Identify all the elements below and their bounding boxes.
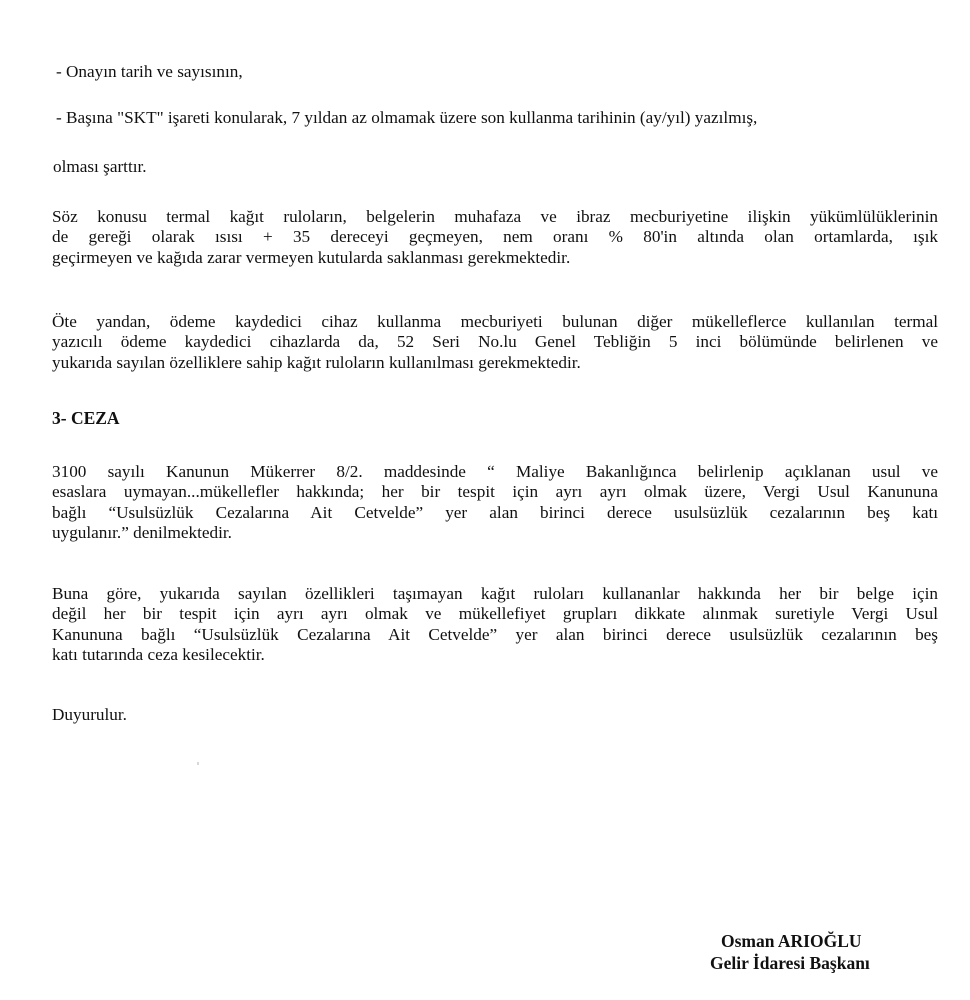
list-item-skt: - Başına "SKT" işareti konularak, 7 yıld… <box>56 108 757 128</box>
paragraph-line: geçirmeyen ve kağıda zarar vermeyen kutu… <box>52 248 938 268</box>
paragraph-line: Kanununa bağlı “Usulsüzlük Cezalarına Ai… <box>52 625 938 645</box>
paragraph-buna-gore: Buna göre, yukarıda sayılan özellikleri … <box>52 584 938 665</box>
scan-speck <box>197 762 199 765</box>
paragraph-line: değil her bir tespit için ayrı ayrı olma… <box>52 604 938 624</box>
closing-text: Duyurulur. <box>52 705 127 725</box>
paragraph-line: Söz konusu termal kağıt ruloların, belge… <box>52 207 938 227</box>
paragraph-line: katı tutarında ceza kesilecektir. <box>52 645 938 665</box>
list-item-sart: olması şarttır. <box>53 157 147 177</box>
paragraph-diger: Öte yandan, ödeme kaydedici cihaz kullan… <box>52 312 938 373</box>
paragraph-line: yazıcılı ödeme kaydedici cihazlarda da, … <box>52 332 938 352</box>
signature-name: Osman ARIOĞLU <box>721 930 862 952</box>
paragraph-line: bağlı “Usulsüzlük Cezalarına Ait Cetveld… <box>52 503 938 523</box>
paragraph-line: yukarıda sayılan özelliklere sahip kağıt… <box>52 353 938 373</box>
paragraph-kanun: 3100 sayılı Kanunun Mükerrer 8/2. maddes… <box>52 462 938 543</box>
paragraph-line: Buna göre, yukarıda sayılan özellikleri … <box>52 584 938 604</box>
section-heading-ceza: 3- CEZA <box>52 408 120 429</box>
paragraph-line: esaslara uymayan...mükellefler hakkında;… <box>52 482 938 502</box>
paragraph-line: de gereği olarak ısısı + 35 dereceyi geç… <box>52 227 938 247</box>
paragraph-line: Öte yandan, ödeme kaydedici cihaz kullan… <box>52 312 938 332</box>
paragraph-saklama: Söz konusu termal kağıt ruloların, belge… <box>52 207 938 268</box>
signature-title: Gelir İdaresi Başkanı <box>710 952 870 974</box>
paragraph-line: 3100 sayılı Kanunun Mükerrer 8/2. maddes… <box>52 462 938 482</box>
list-item-onay: - Onayın tarih ve sayısının, <box>56 62 243 82</box>
paragraph-line: uygulanır.” denilmektedir. <box>52 523 938 543</box>
